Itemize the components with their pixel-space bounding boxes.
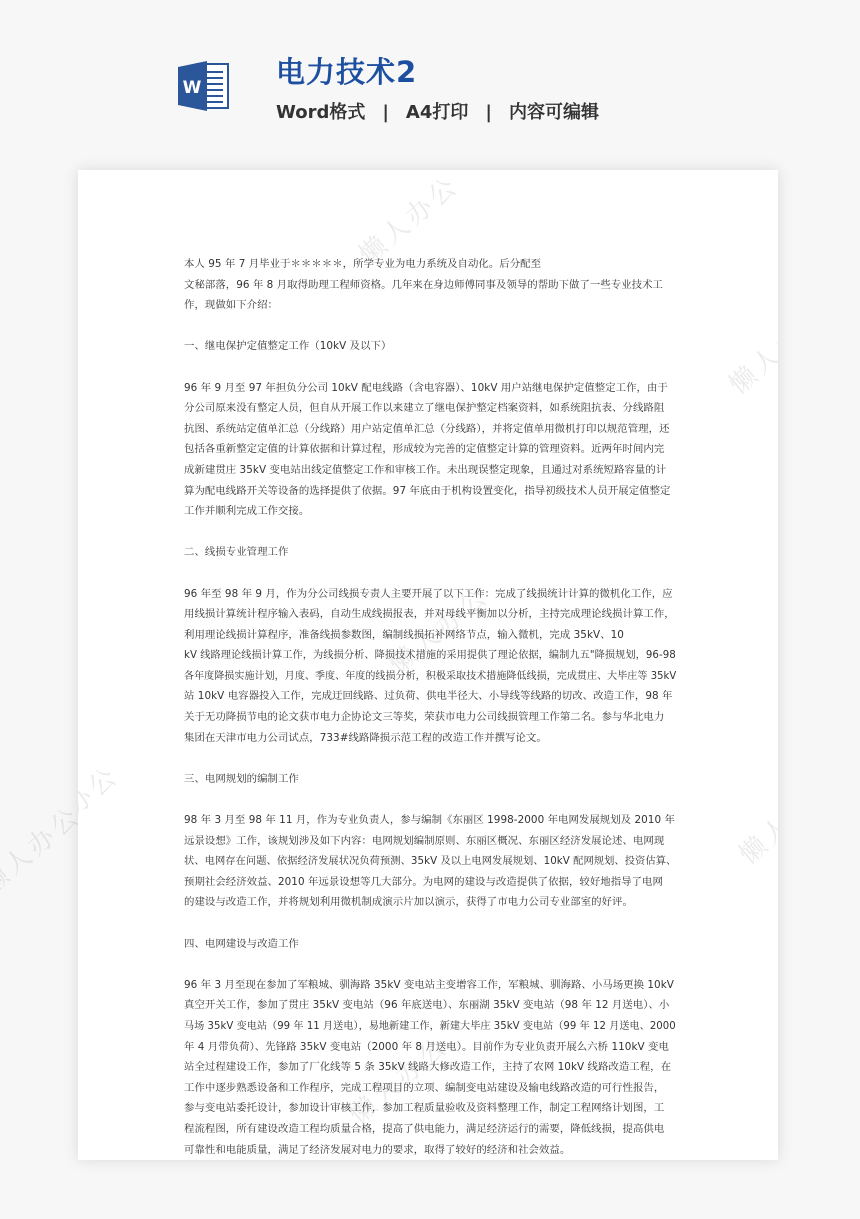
text-line: 可靠性和电能质量，满足了经济发展对电力的要求，取得了较好的经济和社会效益。 bbox=[184, 1140, 676, 1160]
text-line: 利用理论线损计算程序，准备线损参数图，编制线损拓补网络节点，输入微机，完成 35… bbox=[184, 625, 676, 646]
word-document-icon: W bbox=[175, 58, 231, 114]
text-line: 状、电网存在问题、依据经济发展状况负荷预测、35kV 及以上电网发展规划、10k… bbox=[184, 851, 670, 872]
intro-paragraph: 本人 95 年 7 月毕业于＊＊＊＊＊，所学专业为电力系统及自动化。后分配至 文… bbox=[184, 254, 676, 316]
section-paragraph: 96 年至 98 年 9 月，作为分公司线损专责人主要开展了以下工作：完成了线损… bbox=[184, 584, 676, 749]
document-body: 本人 95 年 7 月毕业于＊＊＊＊＊，所学专业为电力系统及自动化。后分配至 文… bbox=[184, 254, 676, 1160]
text-line: 集团在天津市电力公司试点，733#线路降损示范工程的改造工作并撰写论文。 bbox=[184, 728, 676, 749]
section-paragraph: 98 年 3 月至 98 年 11 月，作为专业负责人，参与编制《东丽区 199… bbox=[184, 810, 676, 913]
section-heading: 二、线损专业管理工作 bbox=[184, 542, 676, 563]
text-line: kV 线路理论线损计算工作，为线损分析、降损技术措施的采用提供了理论依据，编制九… bbox=[184, 645, 667, 666]
document-page: 懒人办公 懒人办公 懒人办公 懒人办公 懒人办公 懒人办公 本人 95 年 7 … bbox=[78, 170, 778, 1160]
text-line: 96 年 9 月至 97 年担负分公司 10kV 配电线路（含电容器）、10kV… bbox=[184, 378, 676, 399]
document-header: W 电力技术2 Word格式 | A4打印 | 内容可编辑 bbox=[0, 0, 860, 170]
text-line: 马场 35kV 变电站（99 年 11 月送电），易地新建工作，新建大毕庄 35… bbox=[184, 1016, 662, 1037]
text-line: 96 年 3 月至现在参加了军粮城、驯海路 35kV 变电站主变增容工作，军粮城… bbox=[184, 975, 676, 996]
document-title: 电力技术2 bbox=[276, 53, 417, 91]
watermark: 懒人办公 bbox=[730, 766, 778, 871]
text-line: 成新建贯庄 35kV 变电站出线定值整定工作和审核工作。未出现误整定现象，且通过… bbox=[184, 460, 676, 481]
text-line: 远景设想》工作，该规划涉及如下内容：电网规划编制原则、东丽区概况、东丽区经济发展… bbox=[184, 831, 676, 852]
text-line: 真空开关工作，参加了贯庄 35kV 变电站（96 年底送电）、东丽湖 35kV … bbox=[184, 995, 676, 1016]
text-line: 抗图、系统站定值单汇总（分线路）用户站定值单汇总（分线路），并将定值单用微机打印… bbox=[184, 419, 676, 440]
text-line: 文秘部落，96 年 8 月取得助理工程师资格。几年来在身边师傅同事及领导的帮助下… bbox=[184, 275, 676, 296]
section-heading: 三、电网规划的编制工作 bbox=[184, 769, 676, 790]
section-paragraph: 96 年 3 月至现在参加了军粮城、驯海路 35kV 变电站主变增容工作，军粮城… bbox=[184, 975, 676, 1160]
watermark: 懒人办公 bbox=[720, 296, 778, 401]
text-line: 的建设与改造工作，并将规划利用微机制成演示片加以演示，获得了市电力公司专业部室的… bbox=[184, 892, 676, 913]
watermark: 懒人办公 bbox=[0, 796, 88, 901]
meta-separator: | bbox=[382, 100, 389, 126]
document-meta: Word格式 | A4打印 | 内容可编辑 bbox=[276, 100, 599, 126]
text-line: 包括各重新整定定值的计算依据和计算过程，形成较为完善的定值整定计算的管理资料。近… bbox=[184, 439, 676, 460]
text-line: 工作并顺利完成工作交接。 bbox=[184, 501, 676, 522]
section-heading: 四、电网建设与改造工作 bbox=[184, 934, 676, 955]
text-line: 算为配电线路开关等设备的选择提供了依据。97 年底由于机构设置变化，指导初级技术… bbox=[184, 481, 676, 502]
meta-editable: 内容可编辑 bbox=[509, 100, 599, 126]
text-line: 工作中逐步熟悉设备和工作程序，完成工程项目的立项、编制变电站建设及输电线路改造的… bbox=[184, 1078, 676, 1099]
section-paragraph: 96 年 9 月至 97 年担负分公司 10kV 配电线路（含电容器）、10kV… bbox=[184, 378, 676, 522]
text-line: 站全过程建设工作，参加了厂化线等 5 条 35kV 线路大修改造工作，主持了农网… bbox=[184, 1057, 676, 1078]
text-line: 预期社会经济效益、2010 年远景设想等几大部分。为电网的建设与改造提供了依据，… bbox=[184, 872, 676, 893]
text-line: 作，现做如下介绍： bbox=[184, 295, 676, 316]
meta-separator: | bbox=[485, 100, 492, 126]
meta-format: Word格式 bbox=[276, 100, 365, 126]
text-line: 96 年至 98 年 9 月，作为分公司线损专责人主要开展了以下工作：完成了线损… bbox=[184, 584, 676, 605]
text-line: 年 4 月带负荷）、先锋路 35kV 变电站（2000 年 8 月送电）。目前作… bbox=[184, 1037, 676, 1058]
text-line: 用线损计算统计程序输入表码，自动生成线损报表，并对母线平衡加以分析，主持完成理论… bbox=[184, 604, 676, 625]
text-line: 程流程图，所有建设改造工程均质量合格，提高了供电能力，满足经济运行的需要，降低线… bbox=[184, 1119, 676, 1140]
text-line: 分公司原来没有整定人员，但自从开展工作以来建立了继电保护整定档案资料，如系统阻抗… bbox=[184, 398, 676, 419]
text-line: 站 10kV 电容器投入工作，完成迂回线路、过负荷、供电半径大、小导线等线路的切… bbox=[184, 686, 676, 707]
svg-text:W: W bbox=[183, 78, 202, 98]
text-line: 参与变电站委托设计，参加设计审核工作，参加工程质量验收及资料整理工作，制定工程网… bbox=[184, 1098, 676, 1119]
text-line: 各年度降损实施计划，月度、季度、年度的线损分析，积极采取技术措施降低线损，完成贯… bbox=[184, 666, 659, 687]
watermark: 懒人办公 bbox=[78, 756, 126, 861]
section-heading: 一、继电保护定值整定工作（10kV 及以下） bbox=[184, 336, 676, 357]
meta-print: A4打印 bbox=[406, 100, 468, 126]
text-line: 关于无功降损节电的论文获市电力企协论文三等奖，荣获市电力公司线损管理工作第二名。… bbox=[184, 707, 676, 728]
text-line: 本人 95 年 7 月毕业于＊＊＊＊＊，所学专业为电力系统及自动化。后分配至 bbox=[184, 254, 676, 275]
text-line: 98 年 3 月至 98 年 11 月，作为专业负责人，参与编制《东丽区 199… bbox=[184, 810, 676, 831]
